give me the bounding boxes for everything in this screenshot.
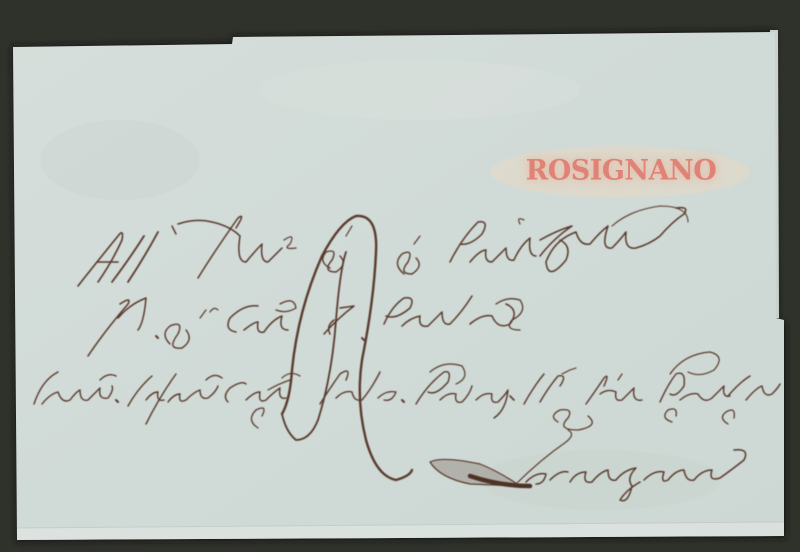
cover-illustration xyxy=(0,0,800,552)
rosignano-postmark: ROSIGNANO xyxy=(500,147,742,193)
letter-cover: ROSIGNANO All' Ill.mo Sig.r Sig.r Prim.o… xyxy=(0,0,800,552)
